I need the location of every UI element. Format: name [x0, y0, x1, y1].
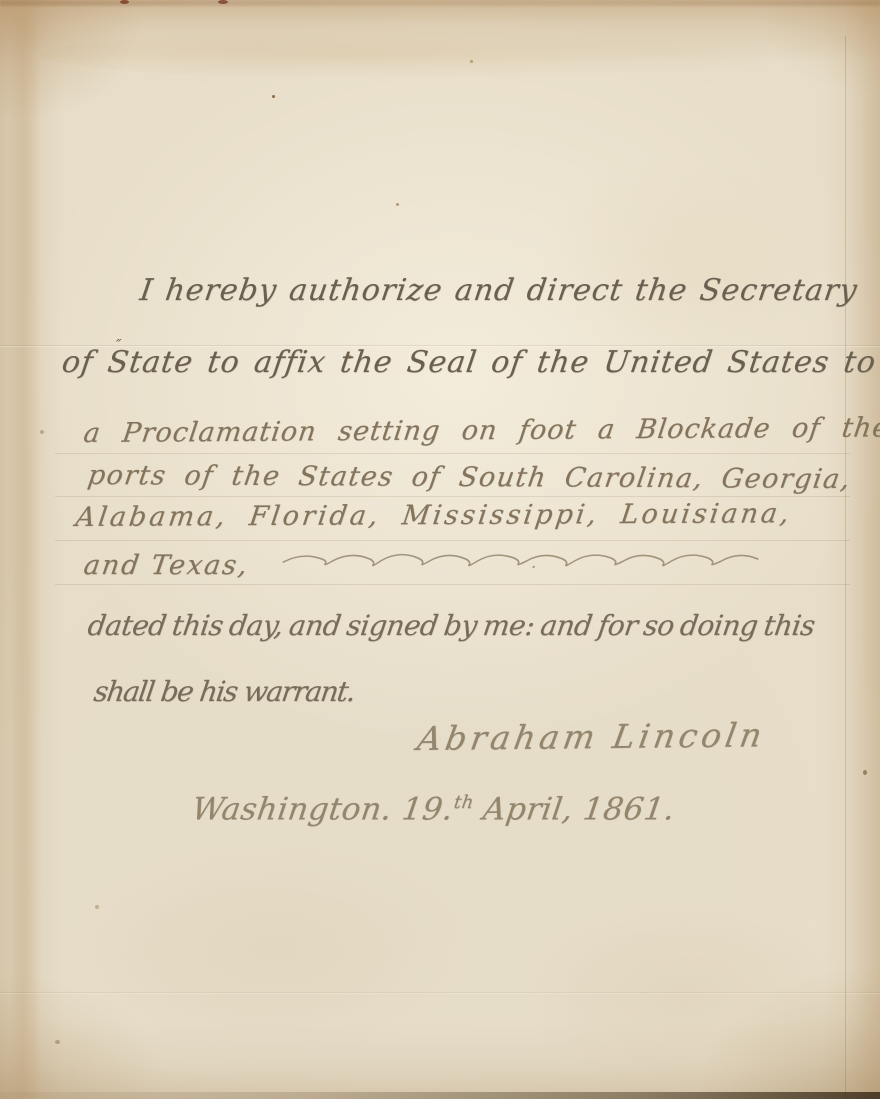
- ruled-guideline: [55, 584, 850, 585]
- manuscript-line-6: and Texas,: [82, 548, 763, 579]
- paper-stain-left-edge: [12, 0, 38, 1099]
- dateline: Washington. 19.th April, 1861.: [190, 794, 677, 825]
- manuscript-line-6-text: and Texas,: [82, 550, 251, 581]
- paper-crease: [0, 992, 880, 993]
- manuscript-line-2: of State to affix the Seal of the United…: [60, 348, 878, 378]
- lincoln-signature: Abraham Lincoln: [415, 718, 768, 755]
- manuscript-line-8: shall be his warrant.: [92, 678, 356, 706]
- paper-edge-bottom: [0, 1092, 880, 1099]
- dateline-prefix: Washington. 19.: [190, 791, 456, 827]
- ruled-guideline: [55, 496, 850, 497]
- manuscript-line-3: a Proclamation setting on foot a Blockad…: [82, 414, 880, 447]
- manuscript-photo: I hereby authorize and direct the Secret…: [0, 0, 880, 1099]
- manuscript-line-4: ports of the States of South Carolina, G…: [86, 462, 853, 493]
- manuscript-line-1: I hereby authorize and direct the Secret…: [138, 276, 859, 306]
- paper-edge-top: [0, 0, 880, 6]
- paper-stain-right-edge: [846, 0, 880, 1099]
- ruled-guideline: [55, 453, 850, 454]
- paper-edge-right: [845, 36, 846, 1099]
- dateline-rest: April, 1861.: [470, 791, 677, 827]
- ruled-guideline: [55, 540, 850, 541]
- manuscript-line-7: dated this day, and signed by me: and fo…: [86, 612, 816, 640]
- manuscript-line-5: Alabama, Florida, Mississippi, Louisiana…: [74, 500, 794, 531]
- pen-flourish-squiggle: [280, 548, 764, 575]
